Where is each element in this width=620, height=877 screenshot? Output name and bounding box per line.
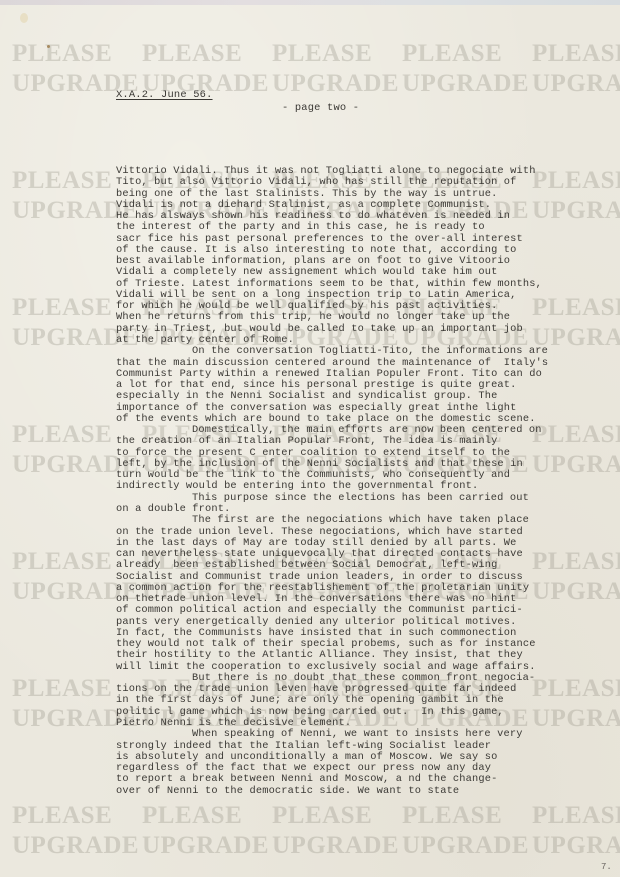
text-line: over of Nenni to the democratic side. We… [116,786,620,797]
document-reference: X.A.2. June 56. [116,89,213,101]
text-line: the creation of an Italian Popular Front… [116,436,620,447]
text-line: Tito, but also Vittorio Vidali, who has … [116,177,620,188]
text-line: indirectly would be entering into the go… [116,481,620,492]
text-line: already been established between Social … [116,560,620,571]
text-line: their hostility to the Atlantic Alliance… [116,650,620,661]
text-line: especially in the Nenni Socialist and sy… [116,391,620,402]
paragraph-first-line: When speaking of Nenni, we want to insis… [116,729,620,740]
page-number-heading: - page two - [282,102,359,114]
text-line: Vidali a completely new assignement whic… [116,267,620,278]
typewritten-page: X.A.2. June 56. - page two - Vittorio Vi… [0,0,620,877]
paper-speck [47,45,50,48]
paper-stain [20,13,28,23]
paragraph-first-line: On the conversation Togliatti-Tito, the … [116,346,620,357]
body-text: Vittorio Vidali. Thus it was not Togliat… [116,166,620,797]
text-line: the interest of the party and in this ca… [116,222,620,233]
page-corner-mark: 7. [601,862,612,872]
text-line: of common political action and especiall… [116,605,620,616]
text-line: to report a break between Nenni and Mosc… [116,774,620,785]
paragraph-first-line: The first are the negociations which hav… [116,515,620,526]
